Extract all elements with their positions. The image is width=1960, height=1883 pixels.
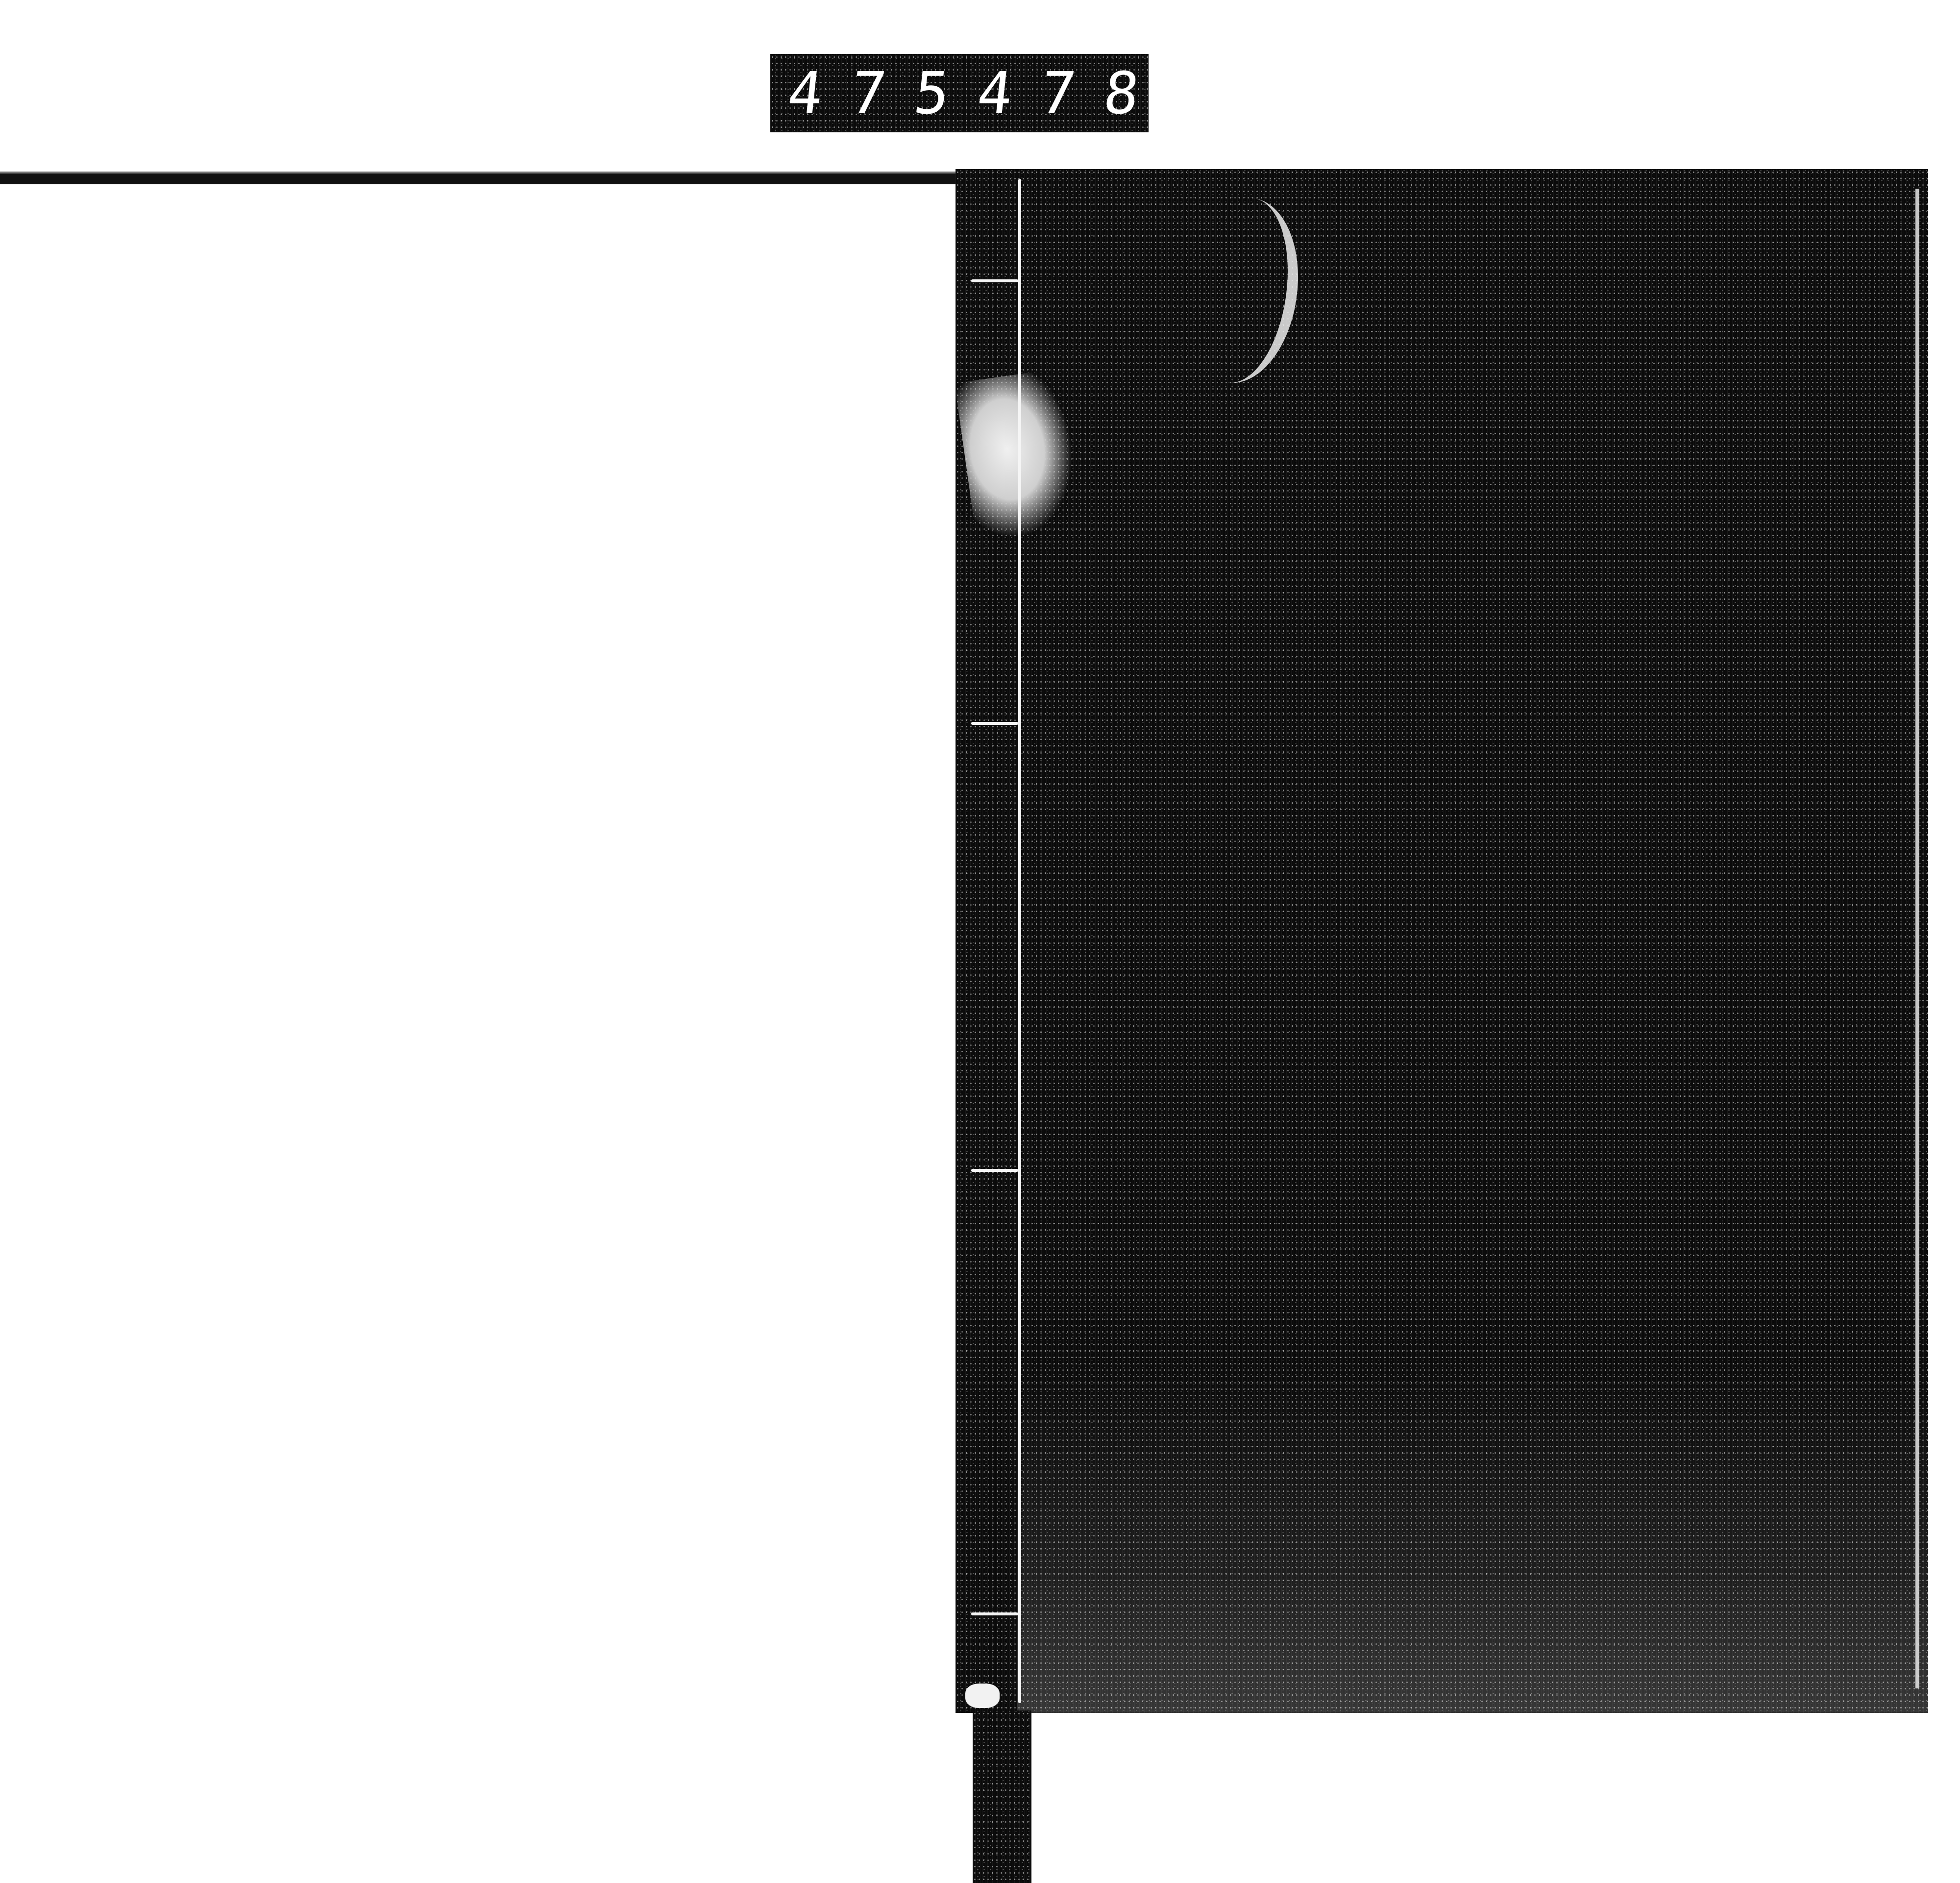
cover-wear <box>1017 1370 1928 1713</box>
call-number-second: 478. <box>975 64 1234 122</box>
spine-damage <box>965 1684 1000 1708</box>
binding-stitch <box>971 722 1018 725</box>
call-number-first: 475 <box>785 64 981 122</box>
call-number-label: 475 478. <box>770 54 1149 132</box>
binding-tail <box>973 1710 1031 1883</box>
binding-thread <box>1018 179 1021 1703</box>
cover-edge <box>1915 189 1919 1688</box>
book <box>955 169 1928 1713</box>
binding-stitch <box>971 1169 1018 1172</box>
binding-stitch <box>971 279 1018 282</box>
book-cover <box>1017 169 1928 1713</box>
cover-damage-mark <box>1190 193 1309 390</box>
binding-stitch <box>971 1612 1018 1615</box>
